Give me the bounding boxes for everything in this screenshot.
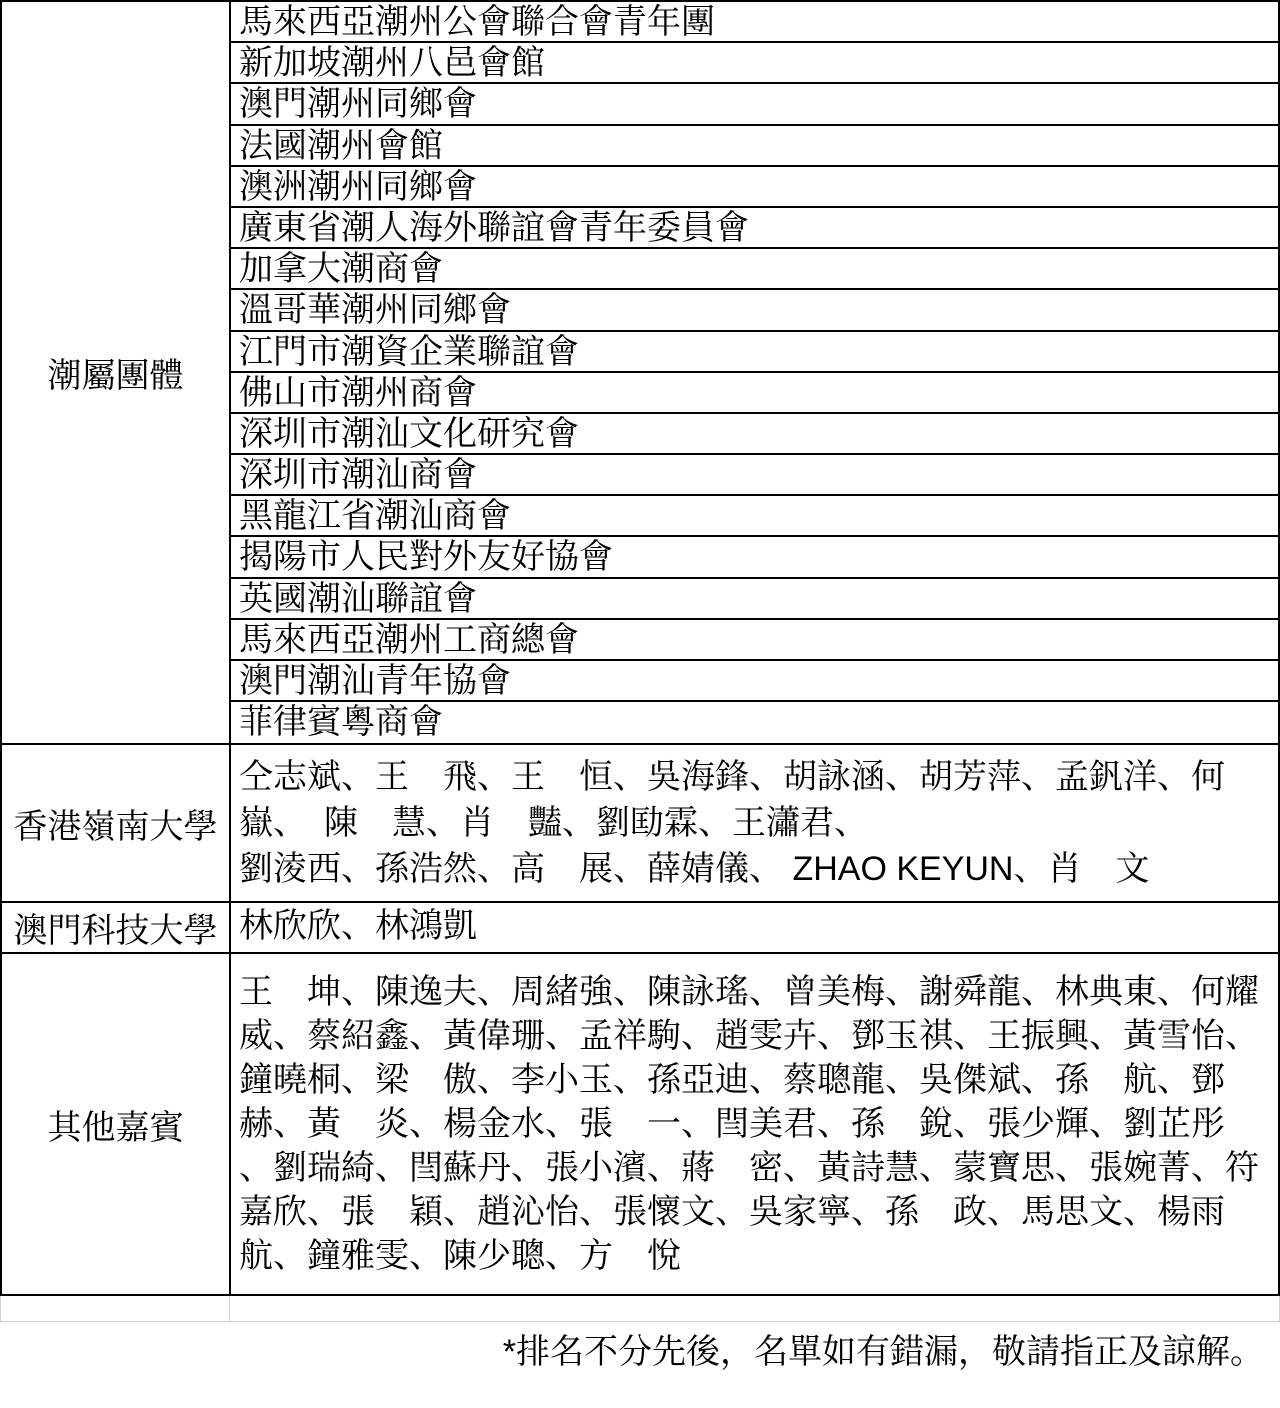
organization-row: 溫哥華潮州同鄉會 <box>231 290 1278 331</box>
organization-row: 黑龍江省潮汕商會 <box>231 496 1278 537</box>
organization-row: 江門市潮資企業聯誼會 <box>231 332 1278 373</box>
names-line: 王 坤、陳逸夫、周緒強、陳詠瑤、曾美梅、謝舜龍、林典東、何耀 <box>239 970 1270 1014</box>
names-line: 赫、黃 炎、楊金水、張 一、閆美君、孫 銳、張少輝、劉芷彤 <box>239 1102 1270 1146</box>
names-line: 威、蔡紹鑫、黃偉珊、孟祥駒、趙雯卉、鄧玉祺、王振興、黃雪怡、 <box>239 1014 1270 1058</box>
category-label-lingnan-university: 香港嶺南大學 <box>2 745 231 901</box>
organization-row: 新加坡潮州八邑會館 <box>231 43 1278 84</box>
must-names-cell: 林欣欣、林鴻凱 <box>231 903 1278 952</box>
names-line: 嘉欣、張 穎、趙沁怡、張懷文、吳家寧、孫 政、馬思文、楊雨 <box>239 1190 1270 1234</box>
empty-label-cell <box>1 1296 230 1321</box>
organization-row: 廣東省潮人海外聯誼會青年委員會 <box>231 208 1278 249</box>
section-other-guests: 其他嘉賓 王 坤、陳逸夫、周緒強、陳詠瑤、曾美梅、謝舜龍、林典東、何耀 威、蔡紹… <box>2 954 1278 1294</box>
category-label-other-guests: 其他嘉賓 <box>2 954 231 1294</box>
organization-row: 佛山市潮州商會 <box>231 373 1278 414</box>
footer-note: *排名不分先後，名單如有錯漏，敬請指正及諒解。 <box>503 1324 1264 1373</box>
organization-row: 菲律賓粵商會 <box>231 702 1278 743</box>
section-lingnan-university: 香港嶺南大學 仝志斌、王 飛、王 恒、吳海鋒、胡詠涵、胡芳萍、孟釩洋、何 嶽、 … <box>2 745 1278 903</box>
empty-content-cell <box>230 1296 1279 1321</box>
organization-row: 馬來西亞潮州工商總會 <box>231 620 1278 661</box>
organization-row: 澳洲潮州同鄉會 <box>231 167 1278 208</box>
guest-list-table: 潮屬團體 馬來西亞潮州公會聯合會青年團 新加坡潮州八邑會館 澳門潮州同鄉會 法國… <box>0 0 1280 1296</box>
section-must-university: 澳門科技大學 林欣欣、林鴻凱 <box>2 903 1278 954</box>
organization-row: 澳門潮州同鄉會 <box>231 84 1278 125</box>
organization-list: 馬來西亞潮州公會聯合會青年團 新加坡潮州八邑會館 澳門潮州同鄉會 法國潮州會館 … <box>231 2 1278 743</box>
organization-row: 英國潮汕聯誼會 <box>231 579 1278 620</box>
organization-row: 加拿大潮商會 <box>231 249 1278 290</box>
category-label-chaozhou-organizations: 潮屬團體 <box>2 2 231 743</box>
lingnan-names-cell: 仝志斌、王 飛、王 恒、吳海鋒、胡詠涵、胡芳萍、孟釩洋、何 嶽、 陳 慧、肖 豔… <box>231 745 1278 901</box>
names-line: 鐘曉桐、梁 傲、李小玉、孫亞迪、蔡聰龍、吳傑斌、孫 航、鄧 <box>239 1058 1270 1102</box>
section-chaozhou-organizations: 潮屬團體 馬來西亞潮州公會聯合會青年團 新加坡潮州八邑會館 澳門潮州同鄉會 法國… <box>2 2 1278 745</box>
organization-row: 揭陽市人民對外友好協會 <box>231 537 1278 578</box>
footer-row: *排名不分先後，名單如有錯漏，敬請指正及諒解。 <box>0 1322 1280 1375</box>
names-line: 林欣欣、林鴻凱 <box>239 903 1270 950</box>
organization-row: 深圳市潮汕文化研究會 <box>231 414 1278 455</box>
organization-row: 法國潮州會館 <box>231 126 1278 167</box>
names-line: 嶽、 陳 慧、肖 豔、劉劻霖、王瀟君、 <box>239 800 1270 846</box>
other-guests-names-cell: 王 坤、陳逸夫、周緒強、陳詠瑤、曾美梅、謝舜龍、林典東、何耀 威、蔡紹鑫、黃偉珊… <box>231 954 1278 1294</box>
category-label-must-university: 澳門科技大學 <box>2 903 231 952</box>
names-line: 、劉瑞綺、閆蘇丹、張小濱、蔣 密、黃詩慧、蒙寶思、張婉菁、符 <box>239 1146 1270 1190</box>
names-line: 仝志斌、王 飛、王 恒、吳海鋒、胡詠涵、胡芳萍、孟釩洋、何 <box>239 754 1270 800</box>
organization-row: 深圳市潮汕商會 <box>231 455 1278 496</box>
organization-row: 馬來西亞潮州公會聯合會青年團 <box>231 2 1278 43</box>
organization-row: 澳門潮汕青年協會 <box>231 661 1278 702</box>
names-line: 劉淩西、孫浩然、高 展、薛婧儀、 ZHAO KEYUN、肖 文 <box>239 846 1270 892</box>
names-line: 航、鐘雅雯、陳少聰、方 悅 <box>239 1234 1270 1278</box>
empty-row <box>0 1296 1280 1322</box>
